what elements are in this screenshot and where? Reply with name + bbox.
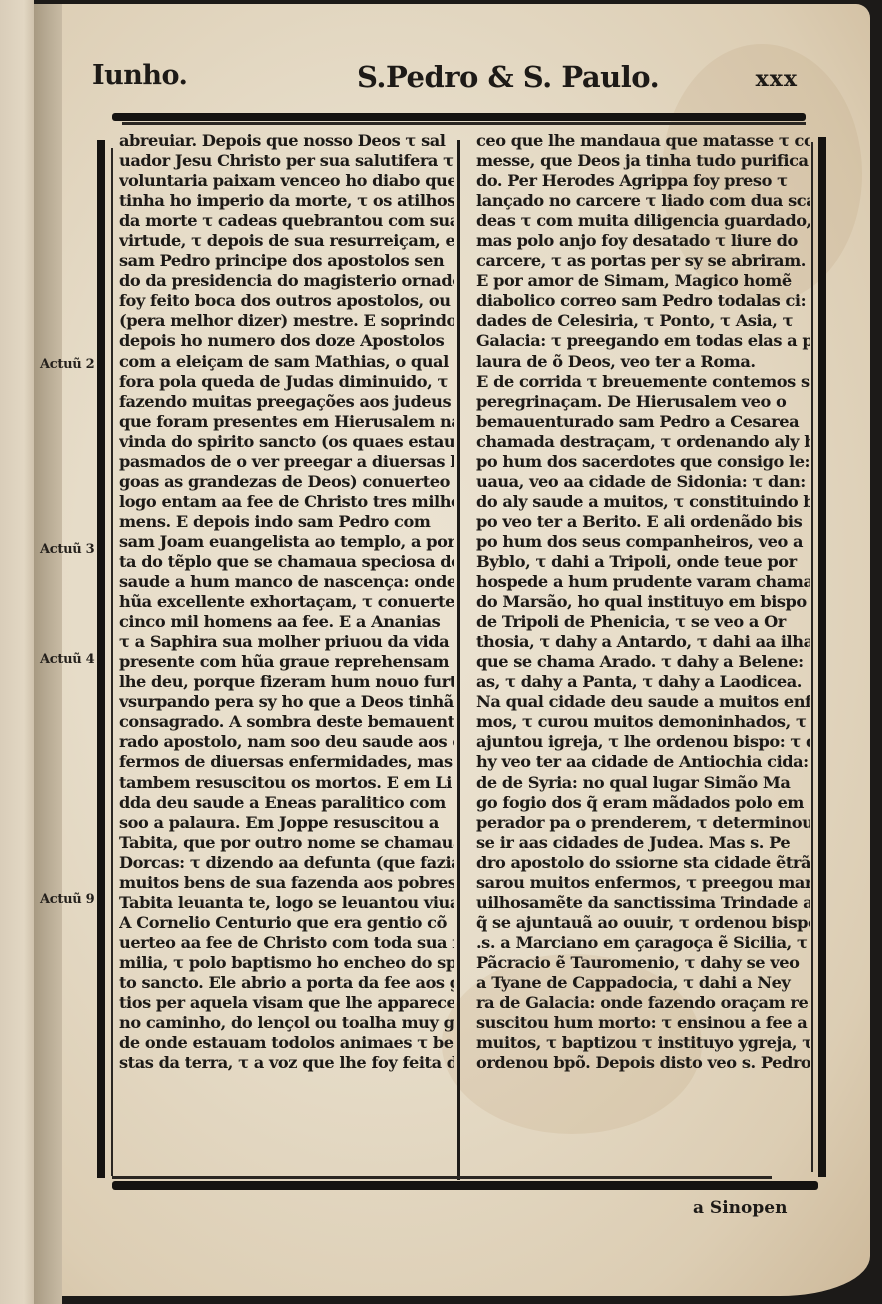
text-line: Galacia: τ preegando em todas elas a pa [476, 331, 810, 351]
text-line: fazendo muitas preegações aos judeus [119, 392, 454, 412]
text-line: logo entam aa fee de Christo tres milho [119, 492, 454, 512]
text-line: po veo ter a Berito. E ali ordenãdo bis [476, 512, 810, 532]
text-line: Byblo, τ dahi a Tripoli, onde teue por [476, 552, 810, 572]
text-line: E de corrida τ breuemente contemos sua [476, 372, 810, 392]
bottom-rule-thick [112, 1181, 818, 1190]
text-line: hospede a hum prudente varam chama [476, 572, 810, 592]
column-divider-rule [457, 140, 460, 1180]
text-line: uador Jesu Christo per sua salutifera τ [119, 151, 454, 171]
text-line: goas as grandezas de Deos) conuerteo [119, 472, 454, 492]
text-line: to sancto. Ele abrio a porta da fee aos … [119, 973, 454, 993]
text-line: fora pola queda de Judas diminuido, τ [119, 372, 454, 392]
text-line: perador pa o prenderem, τ determinou õ [476, 813, 810, 833]
text-line: Na qual cidade deu saude a muitos enfer [476, 692, 810, 712]
running-head-month: Iunho. [92, 60, 187, 91]
text-line: de onde estauam todolos animaes τ be [119, 1033, 454, 1053]
text-line: sarou muitos enfermos, τ preegou mara [476, 873, 810, 893]
text-line: chamada destraçam, τ ordenando aly bis [476, 432, 810, 452]
text-line: cinco mil homens aa fee. E a Ananias [119, 612, 454, 632]
text-line: tinha ho imperio da morte, τ os atilhos [119, 191, 454, 211]
text-line: consagrado. A sombra deste bemauentu: [119, 712, 454, 732]
text-line: lançado no carcere τ liado com dua sca [476, 191, 810, 211]
text-line: as, τ dahy a Panta, τ dahy a Laodicea. [476, 672, 810, 692]
text-line: no caminho, do lençol ou toalha muy grã [119, 1013, 454, 1033]
text-line: pasmados de o ver preegar a diuersas lin [119, 452, 454, 472]
text-line: se ir aas cidades de Judea. Mas s. Pe [476, 833, 810, 853]
text-line: Tabita, que por outro nome se chamaua [119, 833, 454, 853]
text-line: Dorcas: τ dizendo aa defunta (que fazia [119, 853, 454, 873]
top-rule-thin [122, 122, 806, 125]
text-line: do da presidencia do magisterio ornado [119, 271, 454, 291]
text-line: Tabita leuanta te, logo se leuantou viua… [119, 893, 454, 913]
text-line: depois ho numero dos doze Apostolos [119, 331, 454, 351]
left-frame-rule-thick [97, 140, 105, 1178]
text-line: uaua, veo aa cidade de Sidonia: τ dan: [476, 472, 810, 492]
text-line: presente com hũa graue reprehensam q̃ [119, 652, 454, 672]
text-line: do aly saude a muitos, τ constituindo bi… [476, 492, 810, 512]
folio-number: xxx [756, 66, 798, 92]
text-line: muitos bens de sua fazenda aos pobres.) [119, 873, 454, 893]
text-line: abreuiar. Depois que nosso Deos τ sal [119, 131, 454, 151]
bottom-rule-thin [112, 1176, 772, 1179]
text-line: mens. E depois indo sam Pedro com [119, 512, 454, 532]
text-line: .s. a Marciano em çaragoça ẽ Sicilia, τ … [476, 933, 810, 953]
text-line: suscitou hum morto: τ ensinou a fee a [476, 1013, 810, 1033]
text-line: milia, τ polo baptismo ho encheo do spir… [119, 953, 454, 973]
text-line: vsurpando pera sy ho que a Deos tinhã [119, 692, 454, 712]
text-line: tios per aquela visam que lhe appareceo [119, 993, 454, 1013]
text-line: τ a Saphira sua molher priuou da vida [119, 632, 454, 652]
text-line: muitos, τ baptizou τ instituyo ygreja, τ [476, 1033, 810, 1053]
text-line: ra de Galacia: onde fazendo oraçam re: [476, 993, 810, 1013]
text-line: mos, τ curou muitos demoninhados, τ [476, 712, 810, 732]
text-line: thosia, τ dahy a Antardo, τ dahi aa ilha [476, 632, 810, 652]
text-line: deas τ com muita diligencia guardado, [476, 211, 810, 231]
text-line: stas da terra, τ a voz que lhe foy feita… [119, 1053, 454, 1073]
text-line: vinda do spirito sancto (os quaes estauã… [119, 432, 454, 452]
text-line: mas polo anjo foy desatado τ liure do [476, 231, 810, 251]
text-line: hy veo ter aa cidade de Antiochia cida: [476, 752, 810, 772]
text-line: Pãcracio ẽ Tauromenio, τ dahy se veo [476, 953, 810, 973]
text-line: rado apostolo, nam soo deu saude aos en [119, 732, 454, 752]
text-line: ta do tẽplo que se chamaua speciosa deu [119, 552, 454, 572]
text-line: dro apostolo do ssiorne sta cidade ẽtrãd… [476, 853, 810, 873]
text-line: ordenou bpõ. Depois disto veo s. Pedro [476, 1053, 810, 1073]
text-line: voluntaria paixam venceo ho diabo que [119, 171, 454, 191]
text-line: que se chama Arado. τ dahy a Belene: [476, 652, 810, 672]
text-line: laura de õ Deos, veo ter a Roma. [476, 352, 810, 372]
previous-leaf-edge [0, 0, 34, 1304]
text-line: (pera melhor dizer) mestre. E soprindo [119, 311, 454, 331]
text-line: bemauenturado sam Pedro a Cesarea [476, 412, 810, 432]
margin-note-reference: Actuũ 9 [40, 892, 94, 907]
text-line: que foram presentes em Hierusalem na [119, 412, 454, 432]
running-head-title: S.Pedro & S. Paulo. [357, 60, 659, 94]
text-line: peregrinaçam. De Hierusalem veo o [476, 392, 810, 412]
text-line: po hum dos seus companheiros, veo a [476, 532, 810, 552]
text-line: po hum dos sacerdotes que consigo le: [476, 452, 810, 472]
text-line: E por amor de Simam, Magico homẽ [476, 271, 810, 291]
text-line: saude a hum manco de nascença: onde fez [119, 572, 454, 592]
text-line: tambem resuscitou os mortos. E em Li [119, 773, 454, 793]
margin-note-reference: Actuũ 2 [40, 357, 94, 372]
text-line: a Tyane de Cappadocia, τ dahi a Ney [476, 973, 810, 993]
text-line: com a eleiçam de sam Mathias, o qual [119, 352, 454, 372]
text-line: diabolico correo sam Pedro todalas ci: [476, 291, 810, 311]
text-line: messe, que Deos ja tinha tudo purifica [476, 151, 810, 171]
right-frame-rule-thin [811, 142, 813, 1172]
text-line: ceo que lhe mandaua que matasse τ co [476, 131, 810, 151]
text-line: do. Per Herodes Agrippa foy preso τ [476, 171, 810, 191]
text-line: carcere, τ as portas per sy se abriram. [476, 251, 810, 271]
left-frame-rule-thin [111, 148, 113, 1176]
text-line: da morte τ cadeas quebrantou com sua [119, 211, 454, 231]
text-line: lhe deu, porque fizeram hum nouo furto [119, 672, 454, 692]
text-line: fermos de diuersas enfermidades, mas [119, 752, 454, 772]
margin-note-reference: Actuũ 3 [40, 542, 94, 557]
text-line: de Tripoli de Phenicia, τ se veo a Or [476, 612, 810, 632]
running-head: Iunho. S.Pedro & S. Paulo. xxx [92, 60, 798, 100]
text-column-right: ceo que lhe mandaua que matasse τ co mes… [476, 131, 810, 1073]
text-line: dades de Celesiria, τ Ponto, τ Asia, τ [476, 311, 810, 331]
margin-note-reference: Actuũ 4 [40, 652, 94, 667]
text-line: soo a palaura. Em Joppe resuscitou a [119, 813, 454, 833]
text-line: uilhosamẽte da sanctissima Trindade ao; [476, 893, 810, 913]
text-line: go fogio dos q̃ eram mãdados polo em [476, 793, 810, 813]
top-rule-thick [112, 113, 806, 121]
catchword: a Sinopen [693, 1198, 787, 1218]
text-line: de de Syria: no qual lugar Simão Ma [476, 773, 810, 793]
text-line: q̃ se ajuntauã ao ouuir, τ ordenou bispo… [476, 913, 810, 933]
text-line: virtude, τ depois de sua resurreiçam, es… [119, 231, 454, 251]
text-line: foy feito boca dos outros apostolos, ou [119, 291, 454, 311]
right-frame-rule-thick [818, 137, 826, 1177]
text-line: A Cornelio Centurio que era gentio cõ [119, 913, 454, 933]
text-line: hũa excellente exhortaçam, τ conuerteo [119, 592, 454, 612]
text-line: sam Joam euangelista ao templo, a por: [119, 532, 454, 552]
text-line: sam Pedro principe dos apostolos sen [119, 251, 454, 271]
text-line: do Marsão, ho qual instituyo em bispo [476, 592, 810, 612]
text-line: uerteo aa fee de Christo com toda sua fa [119, 933, 454, 953]
text-line: ajuntou igreja, τ lhe ordenou bispo: τ d… [476, 732, 810, 752]
text-column-left: abreuiar. Depois que nosso Deos τ sal ua… [119, 131, 454, 1073]
text-line: dda deu saude a Eneas paralitico com [119, 793, 454, 813]
